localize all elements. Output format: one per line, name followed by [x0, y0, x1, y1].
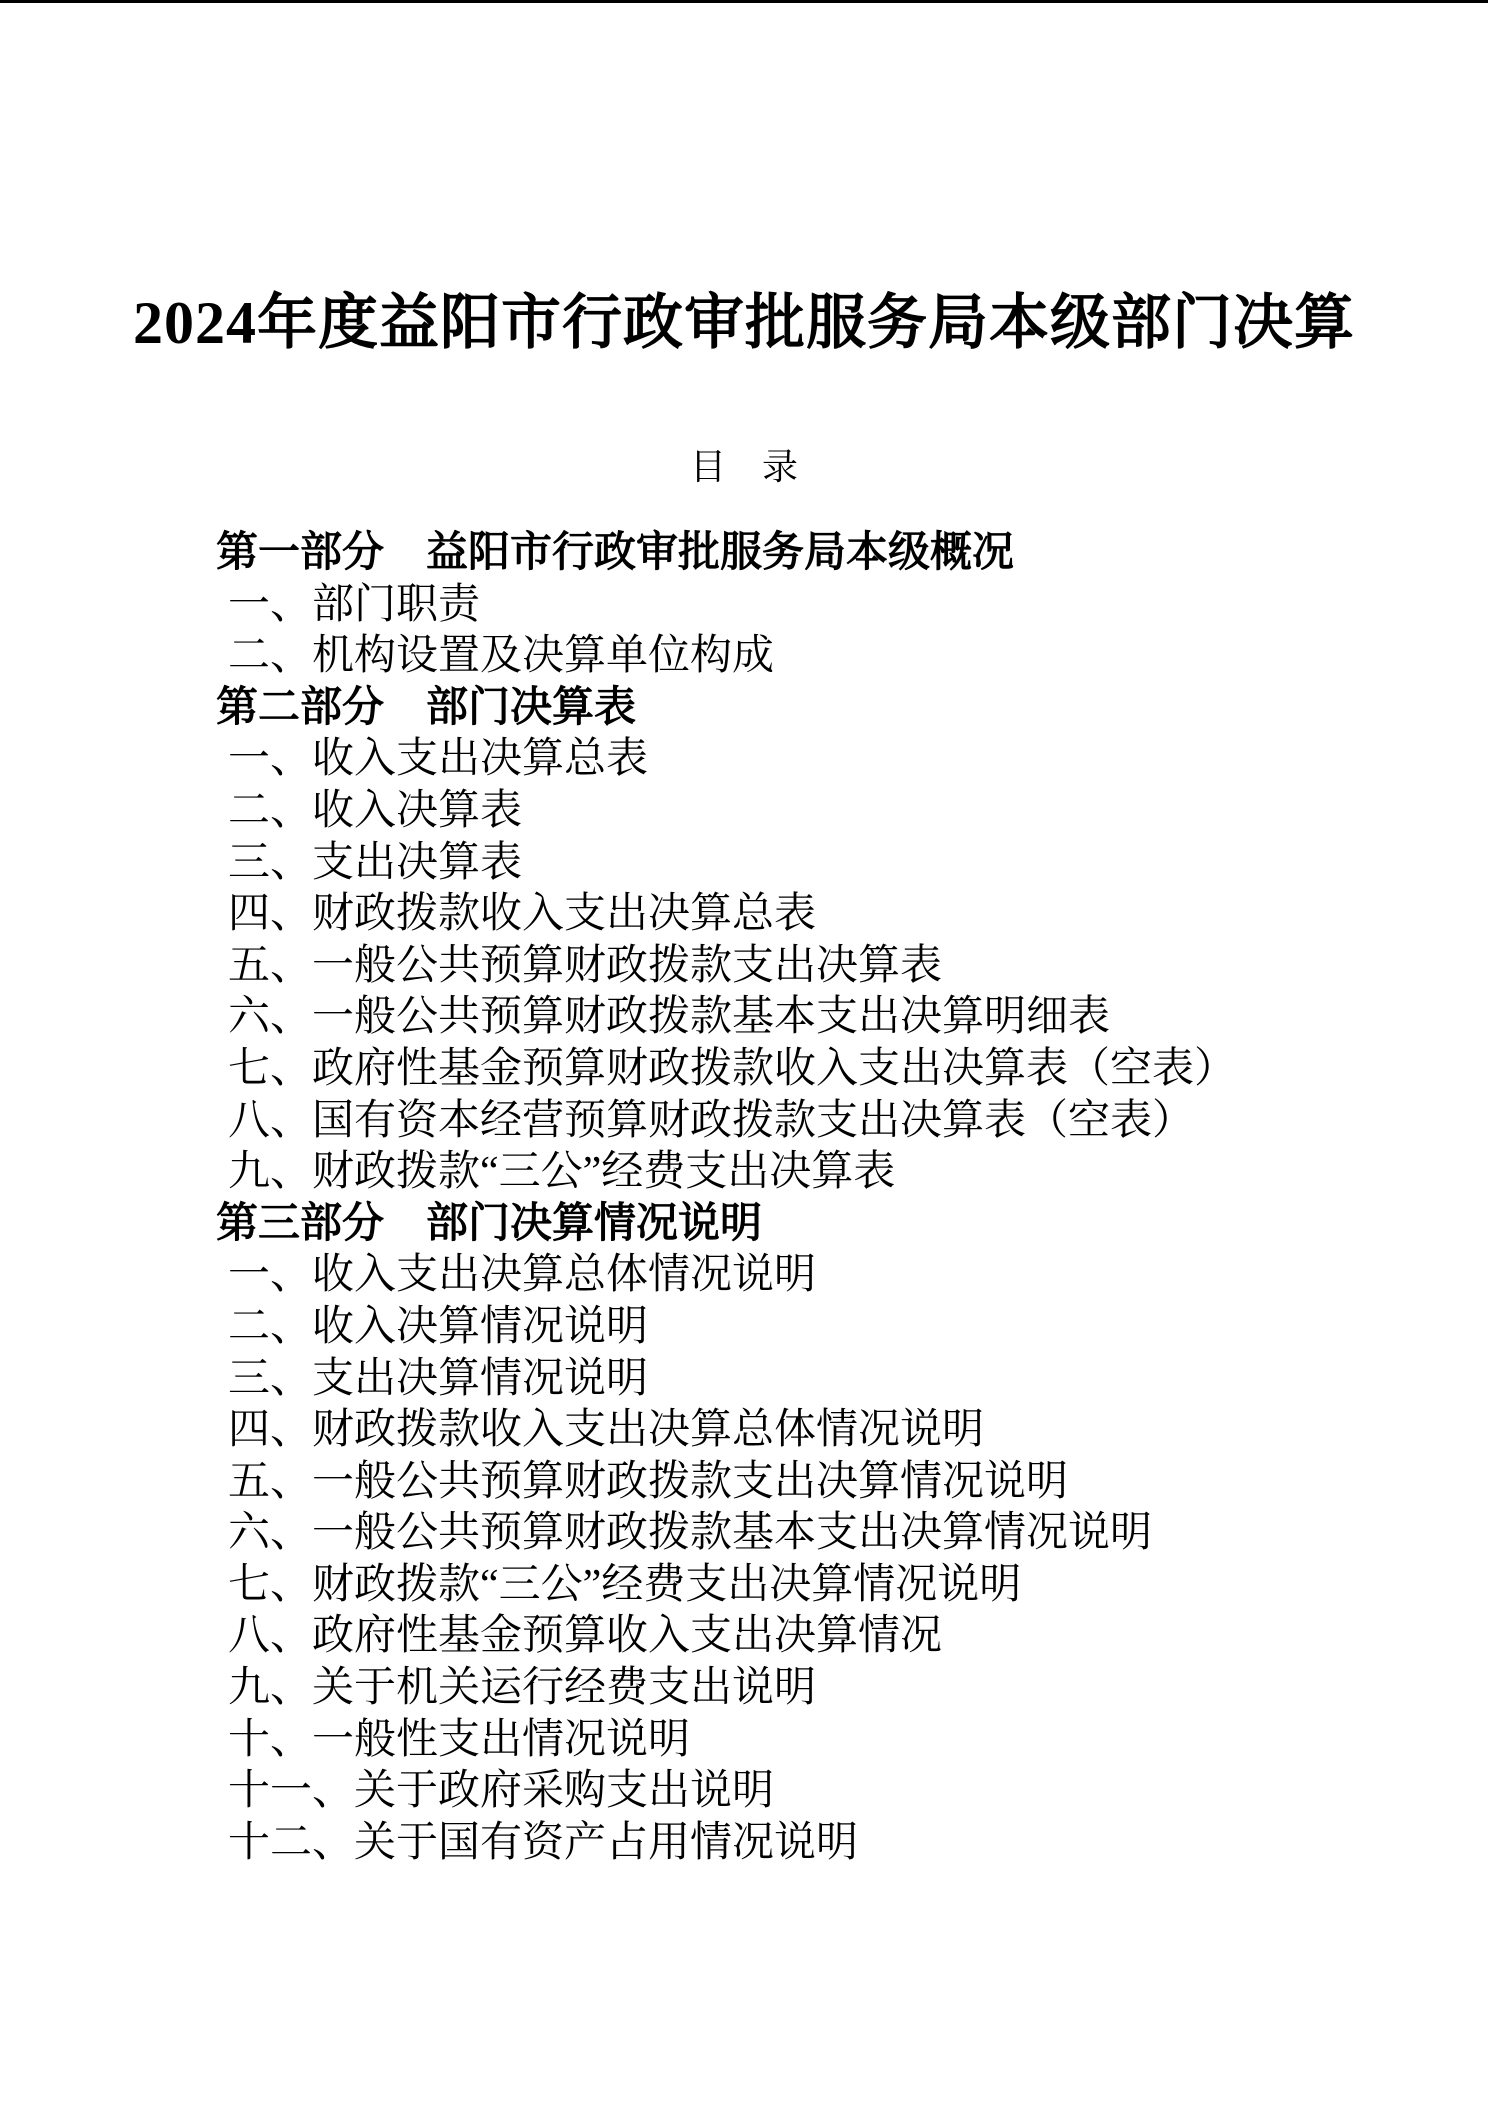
- toc-section-heading: 第二部分 部门决算表: [216, 683, 1416, 735]
- toc-section-heading: 第一部分 益阳市行政审批服务局本级概况: [216, 528, 1416, 580]
- toc-item: 二、机构设置及决算单位构成: [228, 631, 1416, 683]
- toc-item: 十一、关于政府采购支出说明: [228, 1766, 1416, 1818]
- toc-item: 四、财政拨款收入支出决算总体情况说明: [228, 1405, 1416, 1457]
- toc-item: 五、一般公共预算财政拨款支出决算表: [228, 941, 1416, 993]
- toc-item: 八、政府性基金预算收入支出决算情况: [228, 1611, 1416, 1663]
- toc-item: 三、支出决算情况说明: [228, 1354, 1416, 1406]
- toc-item: 六、一般公共预算财政拨款基本支出决算明细表: [228, 992, 1416, 1044]
- toc-item: 一、部门职责: [228, 580, 1416, 632]
- toc-list: 第一部分 益阳市行政审批服务局本级概况一、部门职责二、机构设置及决算单位构成第二…: [216, 528, 1416, 1869]
- toc-item: 七、政府性基金预算财政拨款收入支出决算表（空表）: [228, 1044, 1416, 1096]
- document-title: 2024年度益阳市行政审批服务局本级部门决算: [0, 290, 1488, 356]
- toc-item: 七、财政拨款“三公”经费支出决算情况说明: [228, 1560, 1416, 1612]
- toc-item: 五、一般公共预算财政拨款支出决算情况说明: [228, 1457, 1416, 1509]
- toc-item: 六、一般公共预算财政拨款基本支出决算情况说明: [228, 1508, 1416, 1560]
- toc-section-heading: 第三部分 部门决算情况说明: [216, 1199, 1416, 1251]
- toc-item: 二、收入决算表: [228, 786, 1416, 838]
- toc-item: 四、财政拨款收入支出决算总表: [228, 889, 1416, 941]
- toc-item: 九、关于机关运行经费支出说明: [228, 1663, 1416, 1715]
- toc-heading: 目 录: [0, 444, 1488, 490]
- toc-item: 十二、关于国有资产占用情况说明: [228, 1818, 1416, 1870]
- document-page: 2024年度益阳市行政审批服务局本级部门决算 目 录 第一部分 益阳市行政审批服…: [0, 0, 1488, 2104]
- toc-item: 二、收入决算情况说明: [228, 1302, 1416, 1354]
- page-top-border: [0, 0, 1488, 3]
- toc-item: 三、支出决算表: [228, 838, 1416, 890]
- toc-item: 一、收入支出决算总表: [228, 734, 1416, 786]
- toc-item: 九、财政拨款“三公”经费支出决算表: [228, 1147, 1416, 1199]
- toc-item: 八、国有资本经营预算财政拨款支出决算表（空表）: [228, 1096, 1416, 1148]
- toc-item: 十、一般性支出情况说明: [228, 1715, 1416, 1767]
- toc-item: 一、收入支出决算总体情况说明: [228, 1250, 1416, 1302]
